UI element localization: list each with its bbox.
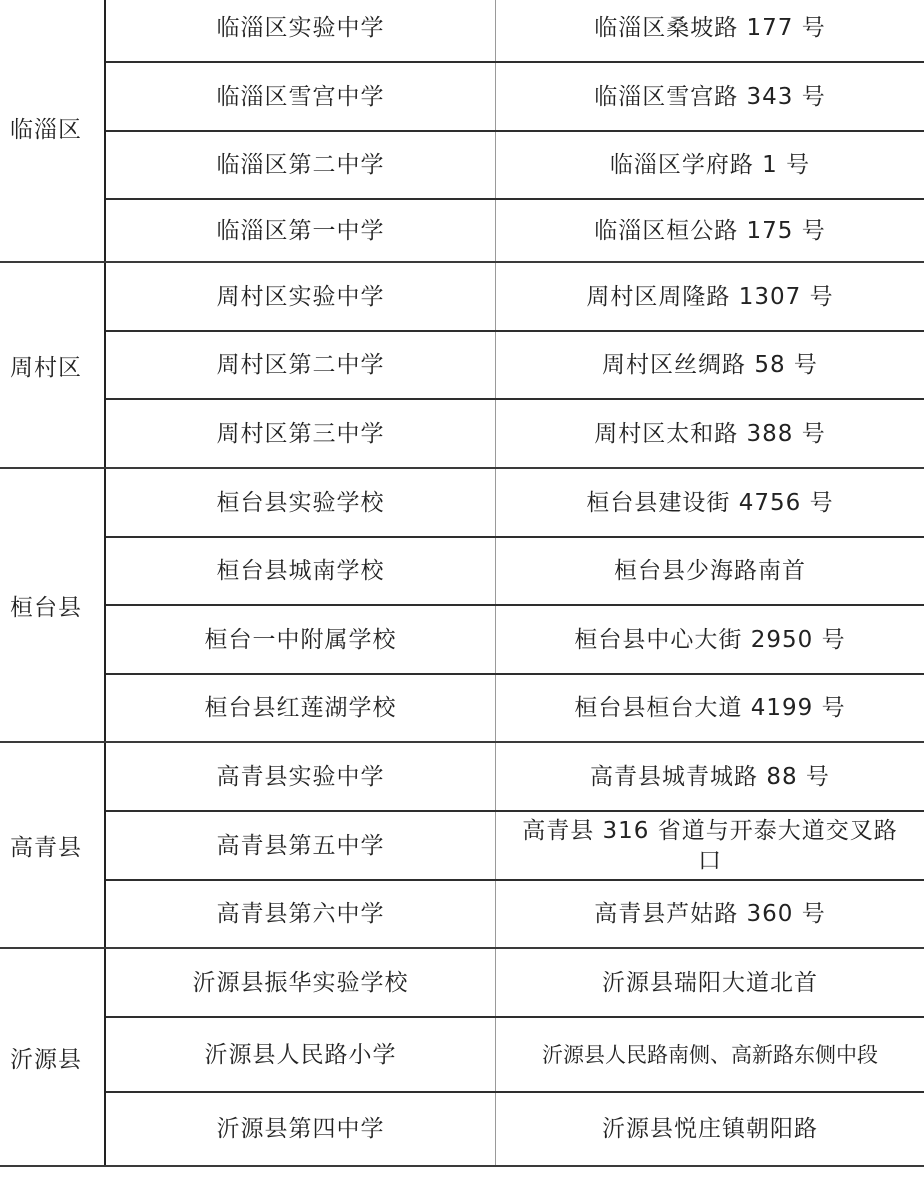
district-name: 高青县 [0,743,106,947]
table-row: 高青县实验中学 高青县城青城路 88 号 [106,743,924,812]
district-rows: 高青县实验中学 高青县城青城路 88 号 高青县第五中学 高青县 316 省道与… [106,743,924,947]
school-address: 沂源县瑞阳大道北首 [496,949,924,1016]
table-row: 桓台县实验学校 桓台县建设街 4756 号 [106,469,924,538]
school-name: 沂源县第四中学 [106,1093,496,1165]
district-name: 沂源县 [0,949,106,1165]
school-name: 临淄区实验中学 [106,0,496,61]
district-rows: 临淄区实验中学 临淄区桑坡路 177 号 临淄区雪宫中学 临淄区雪宫路 343 … [106,0,924,261]
district-group-gaoqing: 高青县 高青县实验中学 高青县城青城路 88 号 高青县第五中学 高青县 316… [0,743,924,949]
school-name: 临淄区雪宫中学 [106,63,496,130]
school-address: 临淄区雪宫路 343 号 [496,63,924,130]
table-row: 周村区实验中学 周村区周隆路 1307 号 [106,263,924,332]
table-row: 沂源县人民路小学 沂源县人民路南侧、高新路东侧中段 [106,1018,924,1093]
school-address: 桓台县少海路南首 [496,538,924,604]
school-address: 周村区太和路 388 号 [496,400,924,467]
district-group-zhoucun: 周村区 周村区实验中学 周村区周隆路 1307 号 周村区第二中学 周村区丝绸路… [0,263,924,469]
school-name: 桓台县红莲湖学校 [106,675,496,741]
school-name: 沂源县振华实验学校 [106,949,496,1016]
school-address: 桓台县桓台大道 4199 号 [496,675,924,741]
table-row: 周村区第三中学 周村区太和路 388 号 [106,400,924,467]
table-row: 桓台一中附属学校 桓台县中心大街 2950 号 [106,606,924,675]
school-name: 周村区实验中学 [106,263,496,330]
district-rows: 周村区实验中学 周村区周隆路 1307 号 周村区第二中学 周村区丝绸路 58 … [106,263,924,467]
school-name: 桓台县实验学校 [106,469,496,536]
school-address: 高青县芦姑路 360 号 [496,881,924,947]
district-group-yiyuan: 沂源县 沂源县振华实验学校 沂源县瑞阳大道北首 沂源县人民路小学 沂源县人民路南… [0,949,924,1167]
school-name: 沂源县人民路小学 [106,1018,496,1091]
school-name: 高青县第五中学 [106,812,496,879]
table-row: 临淄区雪宫中学 临淄区雪宫路 343 号 [106,63,924,132]
table-row: 临淄区第一中学 临淄区桓公路 175 号 [106,200,924,261]
school-address: 临淄区桓公路 175 号 [496,200,924,261]
school-name: 高青县第六中学 [106,881,496,947]
school-address: 高青县 316 省道与开泰大道交叉路口 [496,812,924,879]
district-group-huantai: 桓台县 桓台县实验学校 桓台县建设街 4756 号 桓台县城南学校 桓台县少海路… [0,469,924,743]
school-address: 沂源县人民路南侧、高新路东侧中段 [496,1018,924,1091]
table-row: 沂源县振华实验学校 沂源县瑞阳大道北首 [106,949,924,1018]
district-rows: 沂源县振华实验学校 沂源县瑞阳大道北首 沂源县人民路小学 沂源县人民路南侧、高新… [106,949,924,1165]
table-row: 桓台县红莲湖学校 桓台县桓台大道 4199 号 [106,675,924,741]
district-name: 周村区 [0,263,106,467]
school-name: 桓台县城南学校 [106,538,496,604]
district-name: 桓台县 [0,469,106,741]
school-name: 高青县实验中学 [106,743,496,810]
school-name: 临淄区第二中学 [106,132,496,198]
table-row: 周村区第二中学 周村区丝绸路 58 号 [106,332,924,400]
table-row: 桓台县城南学校 桓台县少海路南首 [106,538,924,606]
school-name: 周村区第三中学 [106,400,496,467]
table-row: 高青县第六中学 高青县芦姑路 360 号 [106,881,924,947]
school-name: 临淄区第一中学 [106,200,496,261]
district-group-linzi: 临淄区 临淄区实验中学 临淄区桑坡路 177 号 临淄区雪宫中学 临淄区雪宫路 … [0,0,924,263]
school-address: 临淄区桑坡路 177 号 [496,0,924,61]
school-address: 周村区周隆路 1307 号 [496,263,924,330]
school-address: 周村区丝绸路 58 号 [496,332,924,398]
school-address-table: 临淄区 临淄区实验中学 临淄区桑坡路 177 号 临淄区雪宫中学 临淄区雪宫路 … [0,0,924,1167]
district-name: 临淄区 [0,0,106,261]
school-address: 桓台县中心大街 2950 号 [496,606,924,673]
school-address: 临淄区学府路 1 号 [496,132,924,198]
district-rows: 桓台县实验学校 桓台县建设街 4756 号 桓台县城南学校 桓台县少海路南首 桓… [106,469,924,741]
table-row: 高青县第五中学 高青县 316 省道与开泰大道交叉路口 [106,812,924,881]
school-address: 桓台县建设街 4756 号 [496,469,924,536]
school-address: 沂源县悦庄镇朝阳路 [496,1093,924,1165]
school-name: 周村区第二中学 [106,332,496,398]
school-address: 高青县城青城路 88 号 [496,743,924,810]
table-row: 临淄区第二中学 临淄区学府路 1 号 [106,132,924,200]
table-row: 沂源县第四中学 沂源县悦庄镇朝阳路 [106,1093,924,1165]
school-name: 桓台一中附属学校 [106,606,496,673]
table-row: 临淄区实验中学 临淄区桑坡路 177 号 [106,0,924,63]
